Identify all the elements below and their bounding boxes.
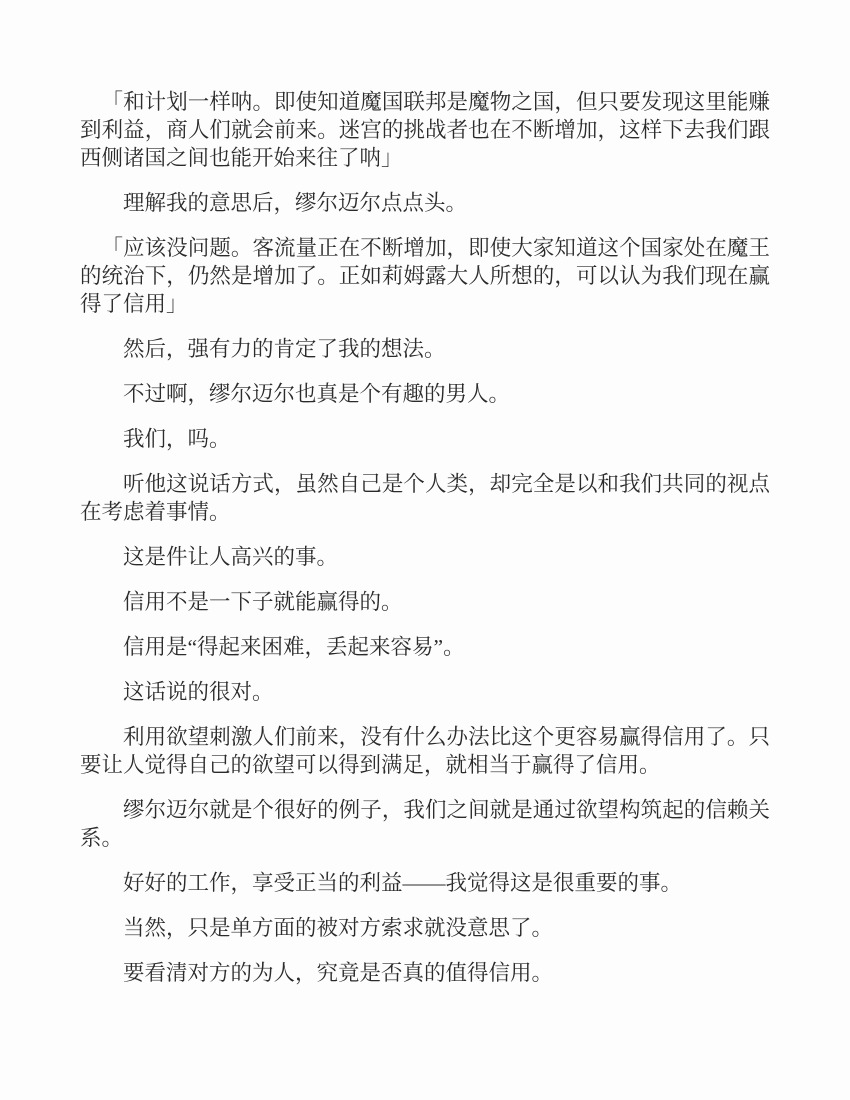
paragraph: 当然，只是单方面的被对方索求就没意思了。 xyxy=(80,914,770,942)
paragraph: 「和计划一样呐。即使知道魔国联邦是魔物之国，但只要发现这里能赚到利益，商人们就会… xyxy=(80,88,770,172)
paragraph: 信用是“得起来困难，丢起来容易”。 xyxy=(80,633,770,661)
paragraph: 这是件让人高兴的事。 xyxy=(80,543,770,571)
paragraph: 「应该没问题。客流量正在不断增加，即使大家知道这个国家处在魔王的统治下，仍然是增… xyxy=(80,234,770,318)
paragraph: 信用不是一下子就能赢得的。 xyxy=(80,588,770,616)
paragraph: 利用欲望刺激人们前来，没有什么办法比这个更容易赢得信用了。只要让人觉得自己的欲望… xyxy=(80,723,770,779)
paragraph: 然后，强有力的肯定了我的想法。 xyxy=(80,335,770,363)
paragraph: 要看清对方的为人，究竟是否真的值得信用。 xyxy=(80,959,770,987)
paragraph: 听他这说话方式，虽然自己是个人类，却完全是以和我们共同的视点在考虑着事情。 xyxy=(80,470,770,526)
paragraph: 这话说的很对。 xyxy=(80,678,770,706)
paragraph: 不过啊，缪尔迈尔也真是个有趣的男人。 xyxy=(80,380,770,408)
paragraph: 我们，吗。 xyxy=(80,425,770,453)
novel-page: 「和计划一样呐。即使知道魔国联邦是魔物之国，但只要发现这里能赚到利益，商人们就会… xyxy=(0,0,850,1100)
paragraph: 理解我的意思后，缪尔迈尔点点头。 xyxy=(80,189,770,217)
paragraph: 缪尔迈尔就是个很好的例子，我们之间就是通过欲望构筑起的信赖关系。 xyxy=(80,796,770,852)
paragraph: 好好的工作，享受正当的利益——我觉得这是很重要的事。 xyxy=(80,869,770,897)
text-content: 「和计划一样呐。即使知道魔国联邦是魔物之国，但只要发现这里能赚到利益，商人们就会… xyxy=(80,88,770,987)
